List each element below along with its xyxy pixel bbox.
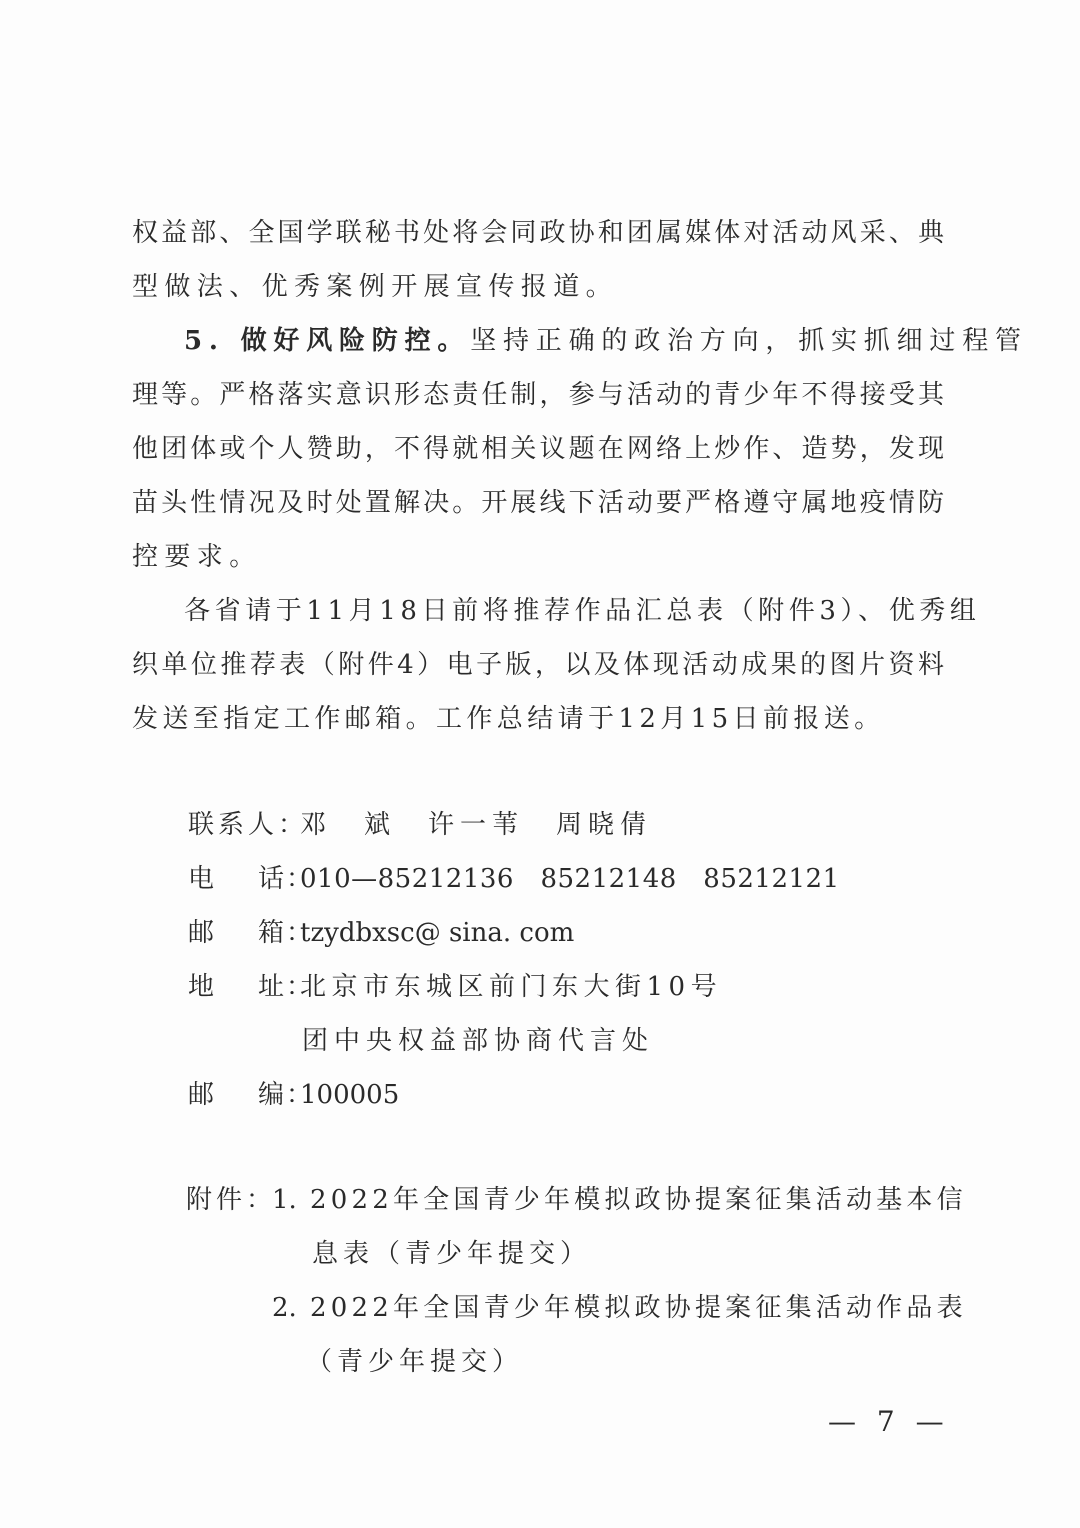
- phone-value: 010—85212136 85212148 85212121: [300, 864, 840, 894]
- address-value-line1: 北京市东城区前门东大街10号: [300, 972, 722, 1002]
- paragraph-line: 权益部、全国学联秘书处将会同政协和团属媒体对活动风采、典: [132, 218, 944, 248]
- contact-person-label: 联系人：: [188, 810, 300, 840]
- phone-row: 电 话 ： 010—85212136 85212148 85212121: [188, 864, 840, 894]
- phone-label: 电 话: [188, 864, 288, 894]
- address-value-line2: 团中央权益部协商代言处: [302, 1026, 654, 1056]
- section-5-line: 他团体或个人赞助，不得就相关议题在网络上炒作、造势，发现: [132, 434, 944, 464]
- address-label: 地 址: [188, 972, 288, 1002]
- section-5-line: 苗头性情况及时处置解决。开展线下活动要严格遵守属地疫情防: [132, 488, 944, 518]
- section-5-first-line: 5. 做好风险防控。坚持正确的政治方向，抓实抓细过程管: [184, 326, 1028, 356]
- submission-line: 各省请于11月18日前将推荐作品汇总表（附件3）、优秀组: [184, 596, 981, 626]
- attachment-1-number: 1.: [272, 1185, 297, 1215]
- email-value: tzydbxsc@ sina. com: [300, 918, 574, 948]
- email-label: 邮 箱: [188, 918, 288, 948]
- address-row-continued: 团中央权益部协商代言处: [302, 1026, 654, 1056]
- postcode-value: 100005: [300, 1080, 399, 1110]
- section-5-line: 控要求。: [132, 542, 262, 572]
- address-row: 地 址 ： 北京市东城区前门东大街10号: [188, 972, 722, 1002]
- section-5-line: 理等。严格落实意识形态责任制，参与活动的青少年不得接受其: [132, 380, 944, 410]
- page-number: — 7 —: [828, 1406, 950, 1438]
- phone-colon: ：: [286, 864, 300, 894]
- postcode-label: 邮 编: [188, 1080, 288, 1110]
- attachment-2-title-cont: （青少年提交）: [306, 1347, 523, 1377]
- paragraph-line: 型做法、优秀案例开展宣传报道。: [132, 272, 618, 302]
- email-colon: ：: [286, 918, 300, 948]
- submission-line: 织单位推荐表（附件4）电子版，以及体现活动成果的图片资料: [132, 650, 944, 680]
- attachment-1-title: 2022年全国青少年模拟政协提案征集活动基本信: [310, 1185, 967, 1215]
- document-page: 权益部、全国学联秘书处将会同政协和团属媒体对活动风采、典 型做法、优秀案例开展宣…: [0, 0, 1080, 1528]
- contact-person-value: 邓 斌 许一苇 周晓倩: [300, 810, 652, 840]
- email-row: 邮 箱 ： tzydbxsc@ sina. com: [188, 918, 574, 948]
- address-colon: ：: [286, 972, 300, 1002]
- postcode-colon: ：: [286, 1080, 300, 1110]
- postcode-row: 邮 编 ： 100005: [188, 1080, 399, 1110]
- attachment-2-title: 2022年全国青少年模拟政协提案征集活动作品表: [310, 1293, 967, 1323]
- section-5-text: 坚持正确的政治方向，抓实抓细过程管: [470, 326, 1028, 356]
- submission-line: 发送至指定工作邮箱。工作总结请于12月15日前报送。: [132, 704, 885, 734]
- attachment-1-title-cont: 息表（青少年提交）: [312, 1239, 591, 1269]
- contact-person-row: 联系人： 邓 斌 许一苇 周晓倩: [188, 810, 652, 840]
- attachments-label: 附件：: [186, 1185, 276, 1215]
- attachment-2-number: 2.: [272, 1293, 297, 1323]
- section-5-heading: 5. 做好风险防控。: [184, 326, 470, 356]
